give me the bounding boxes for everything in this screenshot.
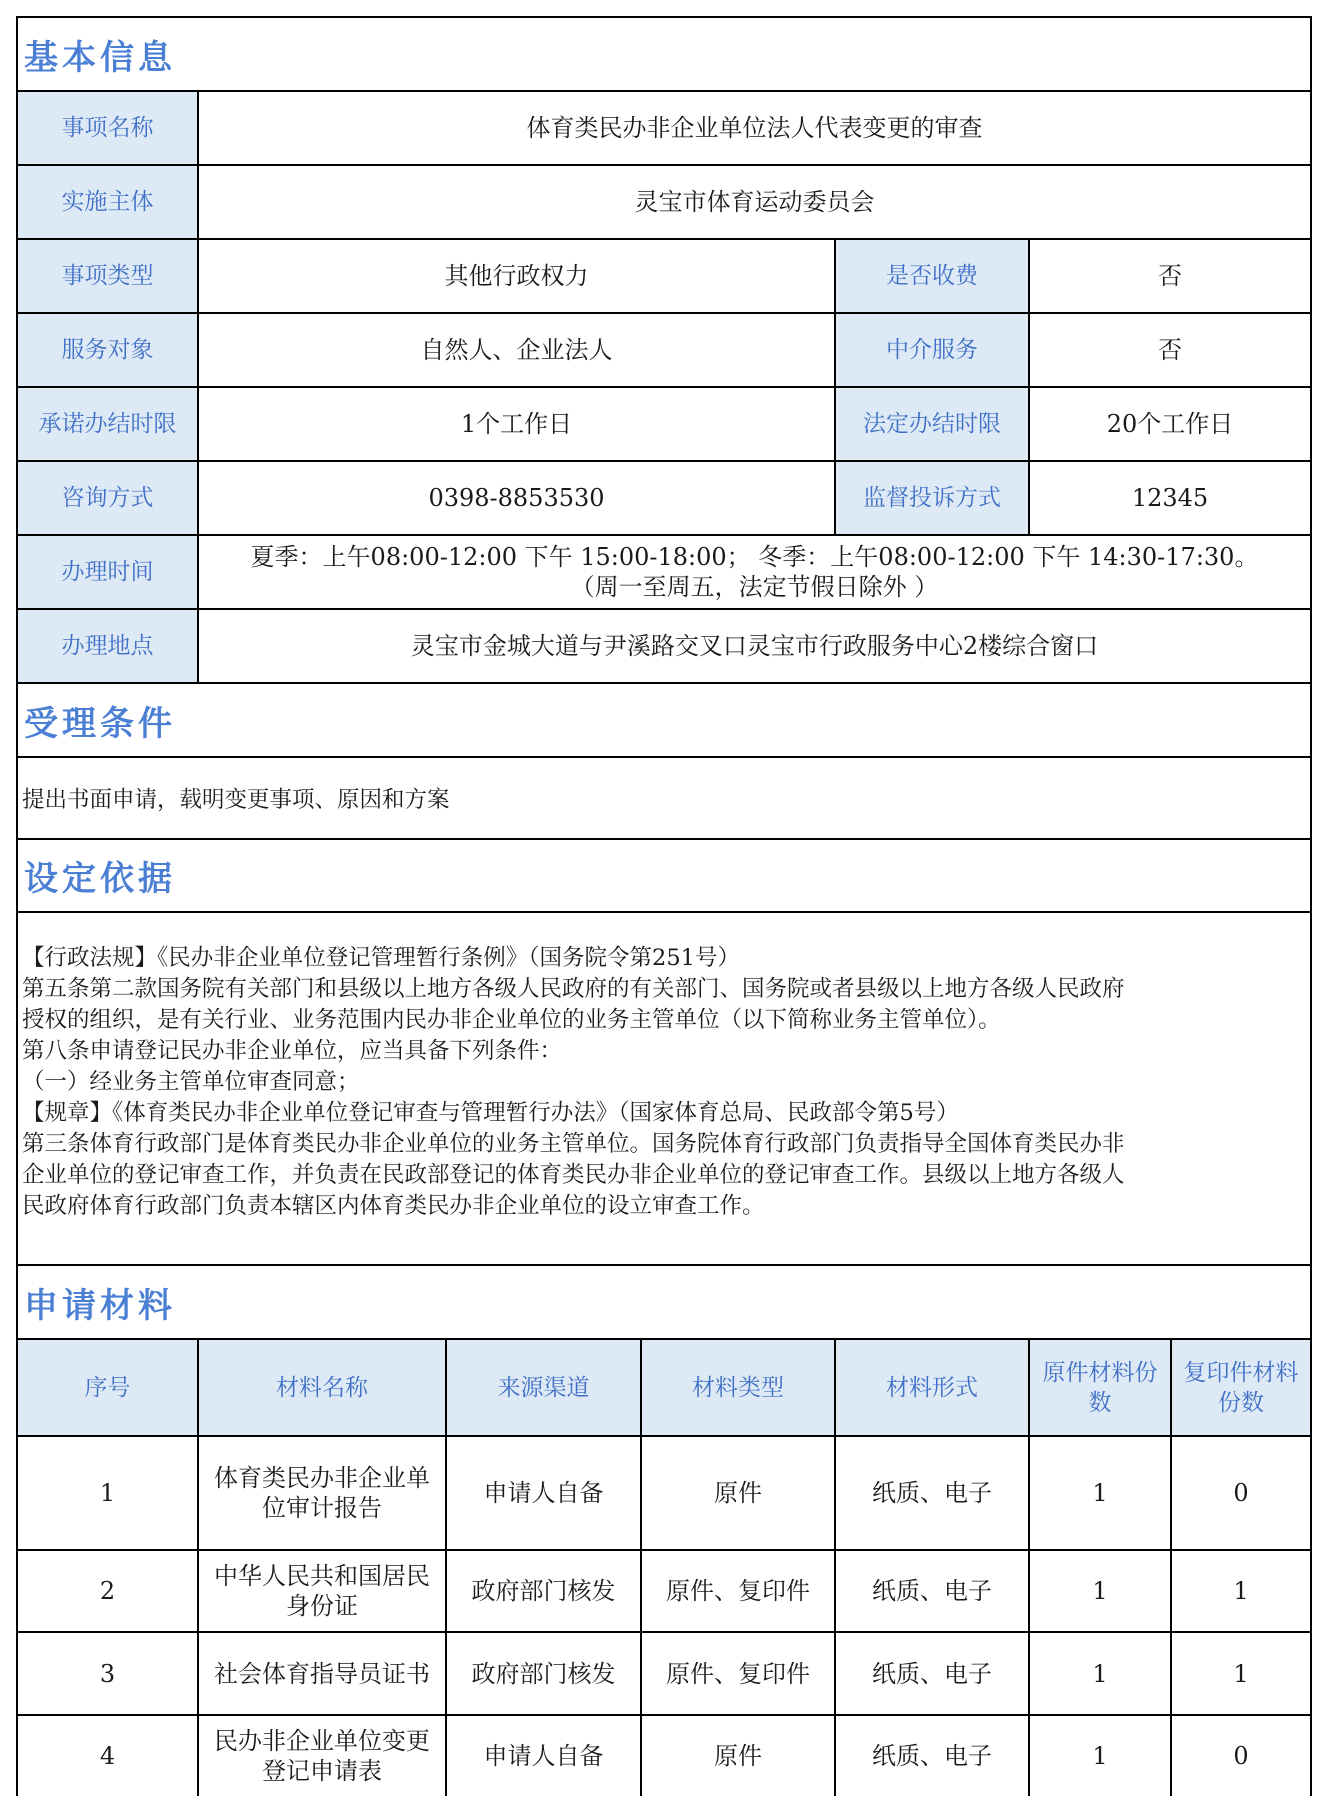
cell-original-count: 1 [1030, 1551, 1172, 1633]
label-consult: 咨询方式 [18, 462, 199, 536]
cell-original-count: 1 [1030, 1716, 1172, 1796]
label-charge: 是否收费 [836, 240, 1030, 314]
cell-type: 原件 [642, 1716, 836, 1796]
label-implementer: 实施主体 [18, 166, 199, 240]
service-guide-table: 基本信息 事项名称 体育类民办非企业单位法人代表变更的审查 实施主体 灵宝市体育… [16, 16, 1312, 1796]
label-legal-time: 法定办结时限 [836, 388, 1030, 462]
cell-form: 纸质、电子 [836, 1437, 1030, 1551]
value-intermediary: 否 [1030, 314, 1310, 388]
label-complaint: 监督投诉方式 [836, 462, 1030, 536]
cell-source: 申请人自备 [447, 1716, 642, 1796]
label-location: 办理地点 [18, 610, 199, 684]
col-header-source: 来源渠道 [447, 1340, 642, 1437]
value-implementer: 灵宝市体育运动委员会 [199, 166, 1310, 240]
value-charge: 否 [1030, 240, 1310, 314]
value-service-target: 自然人、企业法人 [199, 314, 836, 388]
cell-type: 原件 [642, 1437, 836, 1551]
col-header-copy-count: 复印件材料份数 [1172, 1340, 1310, 1437]
col-header-no: 序号 [18, 1340, 199, 1437]
value-complaint-phone: 12345 [1030, 462, 1310, 536]
value-location: 灵宝市金城大道与尹溪路交叉口灵宝市行政服务中心2楼综合窗口 [199, 610, 1310, 684]
col-header-form: 材料形式 [836, 1340, 1030, 1437]
hours-line-2: （周一至周五，法定节假日除外 ） [571, 572, 939, 602]
basis-line: 【行政法规】《民办非企业单位登记管理暂行条例》（国务院令第251号） [22, 943, 1306, 974]
cell-material-name: 体育类民办非企业单位审计报告 [199, 1437, 447, 1551]
basis-line: 民政府体育行政部门负责本辖区内体育类民办非企业单位的设立审查工作。 [22, 1191, 1306, 1222]
cell-no: 1 [18, 1437, 199, 1551]
basis-text: 【行政法规】《民办非企业单位登记管理暂行条例》（国务院令第251号） 第五条第二… [18, 913, 1310, 1266]
cell-form: 纸质、电子 [836, 1716, 1030, 1796]
basis-line: 第八条申请登记民办非企业单位，应当具备下列条件： [22, 1036, 1306, 1067]
section-title-basis: 设定依据 [18, 840, 1310, 913]
cell-material-name: 社会体育指导员证书 [199, 1633, 447, 1716]
cell-copy-count: 1 [1172, 1551, 1310, 1633]
cell-type: 原件、复印件 [642, 1551, 836, 1633]
cell-material-name: 民办非企业单位变更登记申请表 [199, 1716, 447, 1796]
cell-material-name: 中华人民共和国居民身份证 [199, 1551, 447, 1633]
cell-no: 3 [18, 1633, 199, 1716]
cell-source: 政府部门核发 [447, 1551, 642, 1633]
cell-source: 政府部门核发 [447, 1633, 642, 1716]
cell-copy-count: 0 [1172, 1437, 1310, 1551]
basis-line: 授权的组织，是有关行业、业务范围内民办非企业单位的业务主管单位（以下简称业务主管… [22, 1005, 1306, 1036]
cell-original-count: 1 [1030, 1633, 1172, 1716]
col-header-name: 材料名称 [199, 1340, 447, 1437]
section-title-basic-info: 基本信息 [18, 18, 1310, 92]
section-title-materials: 申请材料 [18, 1266, 1310, 1340]
cell-source: 申请人自备 [447, 1437, 642, 1551]
cell-form: 纸质、电子 [836, 1633, 1030, 1716]
value-item-type: 其他行政权力 [199, 240, 836, 314]
cell-type: 原件、复印件 [642, 1633, 836, 1716]
label-intermediary: 中介服务 [836, 314, 1030, 388]
value-item-name: 体育类民办非企业单位法人代表变更的审查 [199, 92, 1310, 166]
cell-copy-count: 1 [1172, 1633, 1310, 1716]
cell-no: 4 [18, 1716, 199, 1796]
label-item-name: 事项名称 [18, 92, 199, 166]
cell-no: 2 [18, 1551, 199, 1633]
cell-copy-count: 0 [1172, 1716, 1310, 1796]
basis-line: （一）经业务主管单位审查同意； [22, 1067, 1306, 1098]
label-service-target: 服务对象 [18, 314, 199, 388]
col-header-original-count: 原件材料份数 [1030, 1340, 1172, 1437]
value-legal-time: 20个工作日 [1030, 388, 1310, 462]
label-hours: 办理时间 [18, 536, 199, 610]
col-header-type: 材料类型 [642, 1340, 836, 1437]
value-promised-time: 1个工作日 [199, 388, 836, 462]
section-title-acceptance: 受理条件 [18, 684, 1310, 758]
label-promised-time: 承诺办结时限 [18, 388, 199, 462]
hours-line-1: 夏季：上午08:00-12:00 下午 15:00-18:00； 冬季：上午08… [251, 542, 1259, 572]
label-item-type: 事项类型 [18, 240, 199, 314]
value-hours: 夏季：上午08:00-12:00 下午 15:00-18:00； 冬季：上午08… [199, 536, 1310, 610]
basis-line: 【规章】《体育类民办非企业单位登记审查与管理暂行办法》（国家体育总局、民政部令第… [22, 1098, 1306, 1129]
basis-line: 第三条体育行政部门是体育类民办非企业单位的业务主管单位。国务院体育行政部门负责指… [22, 1129, 1306, 1160]
cell-form: 纸质、电子 [836, 1551, 1030, 1633]
basis-line: 第五条第二款国务院有关部门和县级以上地方各级人民政府的有关部门、国务院或者县级以… [22, 974, 1306, 1005]
acceptance-text: 提出书面申请，载明变更事项、原因和方案 [18, 758, 1310, 840]
basis-line: 企业单位的登记审查工作，并负责在民政部登记的体育类民办非企业单位的登记审查工作。… [22, 1160, 1306, 1191]
cell-original-count: 1 [1030, 1437, 1172, 1551]
value-consult-phone: 0398-8853530 [199, 462, 836, 536]
